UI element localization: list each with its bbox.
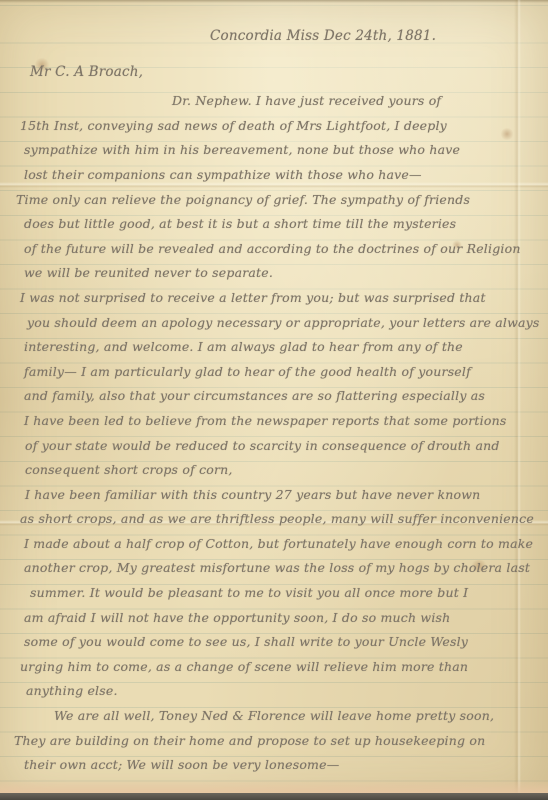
- letter-line: of your state would be reduced to scarci…: [0, 434, 548, 459]
- letter-line: I have been led to believe from the news…: [0, 409, 548, 434]
- letter-line: summer. It would be pleasant to me to vi…: [0, 581, 548, 606]
- letter-line: you should deem an apology necessary or …: [0, 311, 548, 336]
- letter-line: of the future will be revealed and accor…: [0, 237, 548, 262]
- letter-line: Mr C. A Broach,: [0, 60, 548, 85]
- letter-line: their own acct; We will soon be very lon…: [0, 753, 548, 778]
- letter-line: 15th Inst, conveying sad news of death o…: [0, 114, 548, 139]
- letter-line: consequent short crops of corn,: [0, 458, 548, 483]
- letter-line: We are all well, Toney Ned & Florence wi…: [0, 704, 548, 729]
- letter-line: I was not surprised to receive a letter …: [0, 286, 548, 311]
- letter-line: lost their companions can sympathize wit…: [0, 163, 548, 188]
- letter-line: They are building on their home and prop…: [0, 729, 548, 754]
- letter-line: we will be reunited never to separate.: [0, 261, 548, 286]
- letter-line: does but little good, at best it is but …: [0, 212, 548, 237]
- paper-top-edge: [0, 0, 548, 3]
- scanner-background: [0, 793, 548, 800]
- letter-line: am afraid I will not have the opportunit…: [0, 606, 548, 631]
- paper-bottom-edge: [0, 779, 548, 793]
- letter-line: Dr. Nephew. I have just received yours o…: [0, 89, 548, 114]
- letter-line: family— I am particularly glad to hear o…: [0, 360, 548, 385]
- letter-line: some of you would come to see us, I shal…: [0, 630, 548, 655]
- letter-line: another crop, My greatest misfortune was…: [0, 556, 548, 581]
- letter-page: Concordia Miss Dec 24th, 1881.Mr C. A Br…: [0, 0, 548, 800]
- letter-line: interesting, and welcome. I am always gl…: [0, 335, 548, 360]
- letter-body: Concordia Miss Dec 24th, 1881.Mr C. A Br…: [0, 24, 548, 778]
- letter-line: Concordia Miss Dec 24th, 1881.: [0, 24, 548, 49]
- letter-line: as short crops, and as we are thriftless…: [0, 507, 548, 532]
- letter-line: and family, also that your circumstances…: [0, 384, 548, 409]
- letter-line: sympathize with him in his bereavement, …: [0, 138, 548, 163]
- letter-line: urging him to come, as a change of scene…: [0, 655, 548, 680]
- letter-line: I have been familiar with this country 2…: [0, 483, 548, 508]
- letter-line: anything else.: [0, 679, 548, 704]
- letter-line: I made about a half crop of Cotton, but …: [0, 532, 548, 557]
- letter-line: Time only can relieve the poignancy of g…: [0, 188, 548, 213]
